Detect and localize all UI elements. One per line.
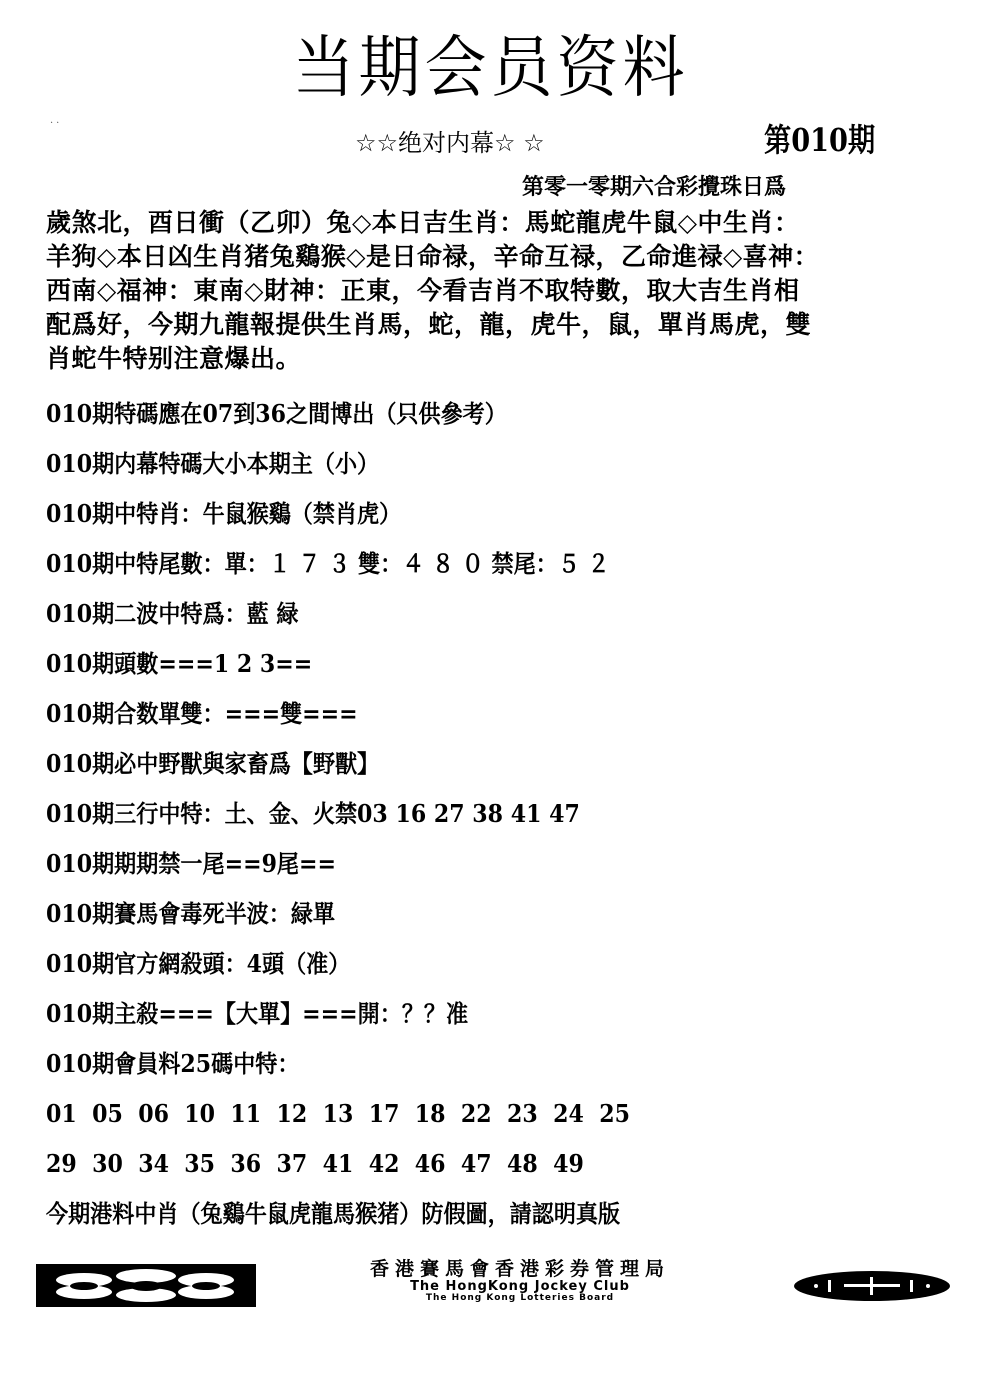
footer-organization: 香港賽馬會香港彩券管理局 The HongKong Jockey Club Th…	[290, 1258, 750, 1303]
issue-number: 第010期	[764, 120, 875, 160]
prediction-special-range: 010期特碼應在07到36之間博出（只供參考）	[46, 398, 507, 430]
prediction-size: 010期内幕特碼大小本期主（小）	[46, 448, 379, 480]
page-title: 当期会员资料	[0, 25, 981, 111]
prediction-half-wave: 010期賽馬會毒死半波：緑單	[46, 898, 335, 930]
intro-line: 肖蛇牛特别注意爆出。	[46, 342, 926, 376]
intro-line: 配爲好，今期九龍報提供生肖馬，蛇，龍，虎牛，鼠，單肖馬虎，雙	[46, 308, 926, 342]
member-numbers-heading: 010期會員料25碼中特：	[46, 1048, 299, 1080]
prediction-elements: 010期三行中特：土、金、火禁03 16 27 38 41 47	[46, 798, 580, 830]
footer: 香港賽馬會香港彩券管理局 The HongKong Jockey Club Th…	[0, 1258, 981, 1318]
prediction-banned-tail: 010期期期禁一尾==9尾==	[46, 848, 336, 880]
prediction-head-digits: 010期頭數===1 2 3==	[46, 648, 312, 680]
org-name-chinese: 香港賽馬會香港彩券管理局	[290, 1258, 750, 1280]
prediction-odd-even: 010期合数單雙：===雙===	[46, 698, 358, 730]
prediction-main-kill: 010期主殺===【大單】===開：？？准	[46, 998, 468, 1030]
decorative-dots: ··	[50, 118, 62, 129]
intro-lead: 第零一零期六合彩攪珠日爲	[522, 172, 786, 202]
prediction-wild-domestic: 010期必中野獸與家畜爲【野獸】	[46, 748, 379, 780]
intro-line: 歲煞北，酉日衝（乙卯）兔◇本日吉生肖：馬蛇龍虎牛鼠◇中生肖：	[46, 206, 926, 240]
subtitle: ☆☆绝对内幕☆ ☆	[355, 128, 545, 158]
member-numbers-row-1: 01 05 06 10 11 12 13 17 18 22 23 24 25	[46, 1098, 630, 1130]
prediction-zodiac: 010期中特肖：牛鼠猴鷄（禁肖虎）	[46, 498, 401, 530]
org-subname-english: The Hong Kong Lotteries Board	[290, 1293, 750, 1303]
lotteries-board-emblem-icon	[792, 1266, 952, 1306]
intro-line: 西南◇福神：東南◇財神：正東，今看吉肖不取特數，取大吉生肖相	[46, 274, 926, 308]
intro-line: 羊狗◇本日凶生肖猪兔鷄猴◇是日命禄，辛命互禄，乙命進禄◇喜神：	[46, 240, 926, 274]
intro-paragraph: 歲煞北，酉日衝（乙卯）兔◇本日吉生肖：馬蛇龍虎牛鼠◇中生肖： 羊狗◇本日凶生肖猪…	[46, 206, 926, 376]
prediction-color-wave: 010期二波中特爲：藍 緑	[46, 598, 298, 630]
prediction-kill-head: 010期官方網殺頭：4頭（准）	[46, 948, 350, 980]
jockey-club-emblem-icon	[36, 1264, 256, 1307]
closing-note: 今期港料中肖（兔鷄牛鼠虎龍馬猴猪）防假圖，請認明真版	[46, 1198, 620, 1230]
org-name-english: The HongKong Jockey Club	[290, 1280, 750, 1293]
member-numbers-row-2: 29 30 34 35 36 37 41 42 46 47 48 49	[46, 1148, 584, 1180]
prediction-tail-digits: 010期中特尾數：單：１ ７ ３ 雙：４ ８ ０ 禁尾：５ ２	[46, 548, 610, 580]
